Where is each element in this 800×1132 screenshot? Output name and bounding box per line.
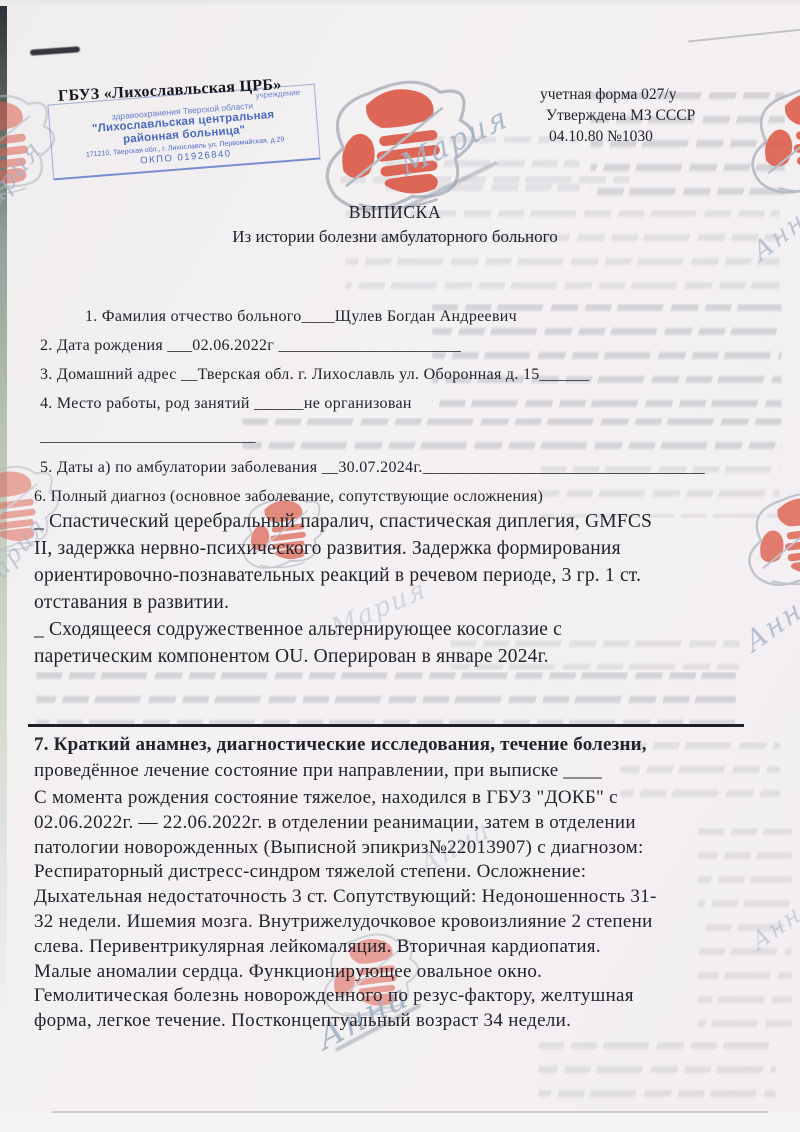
page-bottom-margin [0, 1113, 800, 1132]
diagnosis-line: II, задержка нервно-психического развити… [34, 535, 750, 562]
section7-body-line: Дыхательная недостаточность 3 ст. Сопутс… [34, 885, 750, 910]
section7-body-line: С момента рождения состояние тяжелое, на… [34, 786, 750, 811]
bleed-through-text [340, 176, 630, 198]
scanned-document-page: Мария Мария Анна Мария Мария Анна Анна А… [0, 0, 800, 1132]
diagnosis-text: _ Спастический церебральный паралич, спа… [34, 508, 750, 670]
page-title: ВЫПИСКА [45, 202, 745, 223]
field-tail: ______ [540, 366, 590, 383]
field-label: 4. Место работы, род занятий [40, 395, 250, 412]
field-row-address: 3. Домашний адрес __Тверская обл. г. Лих… [40, 366, 760, 384]
field-tail: __________________________________ [423, 459, 705, 476]
fund-logo-watermark [302, 72, 507, 222]
section7-body-line: 32 недели. Ишемия мозга. Внутрижелудочко… [34, 910, 750, 935]
fund-signature-watermark: Анна [747, 889, 800, 956]
field-separator: ____ [302, 308, 335, 325]
field-separator: __ [181, 366, 198, 383]
field-value: Тверская обл. г. Лихославль ул. Оборонна… [198, 366, 540, 383]
field-label: 5. Даты а) по амбулатории заболевания [40, 459, 317, 476]
section7-heading-text: проведённое лечение состояние при направ… [34, 760, 558, 781]
form-ref-line-2: Утверждена МЗ СССР [540, 105, 695, 126]
section-divider-rule [28, 724, 744, 727]
diagnosis-line: _ Спастический церебральный паралич, спа… [34, 508, 750, 535]
field-value: Щулев Богдан Андреевич [335, 308, 517, 325]
field-tail: ______________________ [274, 337, 461, 354]
diagnosis-line: паретическим компонентом OU. Оперирован … [34, 643, 750, 670]
section7-body-line: 02.06.2022г. — 22.06.2022г. в отделении … [34, 811, 750, 836]
field-label: 2. Дата рождения [40, 337, 163, 354]
section7-heading-bold: 7. Краткий анамнез, диагностические иссл… [34, 734, 647, 756]
fund-signature-watermark: Мария [0, 134, 48, 236]
section7-heading-blank: ____ [558, 760, 602, 781]
section7-body-line: форма, легкое течение. Постконцептуальны… [34, 1009, 750, 1034]
fund-logo-watermark [742, 78, 800, 203]
document-title-block: ВЫПИСКА Из истории болезни амбулаторного… [45, 202, 745, 247]
scan-artifact-dash [30, 46, 80, 55]
diagnosis-line: отставания в развитии. [34, 589, 750, 616]
field-row-birthdate: 2. Дата рождения ___02.06.2022г ________… [40, 337, 760, 355]
blank-underline: __________________________ [40, 428, 760, 446]
section7-body-line: Респираторный дистресс-синдром тяжелой с… [34, 860, 750, 885]
bleed-through-text [538, 1042, 776, 1100]
field-row-dates: 5. Даты а) по амбулатории заболевания __… [40, 459, 760, 477]
scan-left-edge-strip [0, 6, 7, 1036]
field-value: не организован [304, 395, 412, 412]
field-separator: __ [322, 459, 339, 476]
scan-top-edge [0, 0, 800, 6]
form-ref-line-3: 04.10.80 №1030 [540, 126, 695, 147]
diagnosis-section-label: 6. Полный диагноз (основное заболевание,… [34, 488, 543, 506]
section7-body-line: Малые аномалии сердца. Функционирующее о… [34, 960, 750, 985]
field-row-surname: 1. Фамилия отчество больного____Щулев Бо… [40, 308, 760, 326]
scan-top-right-line [688, 27, 800, 42]
field-separator: ___ [167, 337, 192, 354]
field-row-occupation: 4. Место работы, род занятий ______не ор… [40, 395, 760, 413]
form-reference: учетная форма 027/у Утверждена МЗ СССР 0… [540, 84, 695, 147]
diagnosis-line: ориентировочно-познавательных реакций в … [34, 562, 750, 589]
field-value: 02.06.2022г [192, 337, 274, 354]
section7-body-text: С момента рождения состояние тяжелое, на… [34, 786, 750, 1034]
section7-heading-rest: проведённое лечение состояние при направ… [34, 760, 602, 782]
section7-body-line: патологии новорожденных (Выписной эпикри… [34, 836, 750, 861]
diagnosis-line: _ Сходящееся содружественное альтернирую… [34, 616, 750, 643]
bleed-through-text [36, 672, 736, 724]
field-label: 3. Домашний адрес [40, 366, 177, 383]
section7-body-line: Гемолитическая болезнь новорожденного по… [34, 984, 750, 1009]
field-value: 30.07.2024г. [338, 459, 422, 476]
form-ref-line-1: учетная форма 027/у [540, 84, 695, 105]
fund-signature-watermark: Анна [748, 195, 800, 268]
field-label: 1. Фамилия отчество больного [85, 308, 302, 325]
page-subtitle: Из истории болезни амбулаторного больног… [45, 227, 745, 247]
field-separator: ______ [254, 395, 304, 412]
section7-body-line: слева. Перивентрикулярная лейкомаляция. … [34, 935, 750, 960]
fund-signature-watermark: Мария [396, 100, 513, 184]
